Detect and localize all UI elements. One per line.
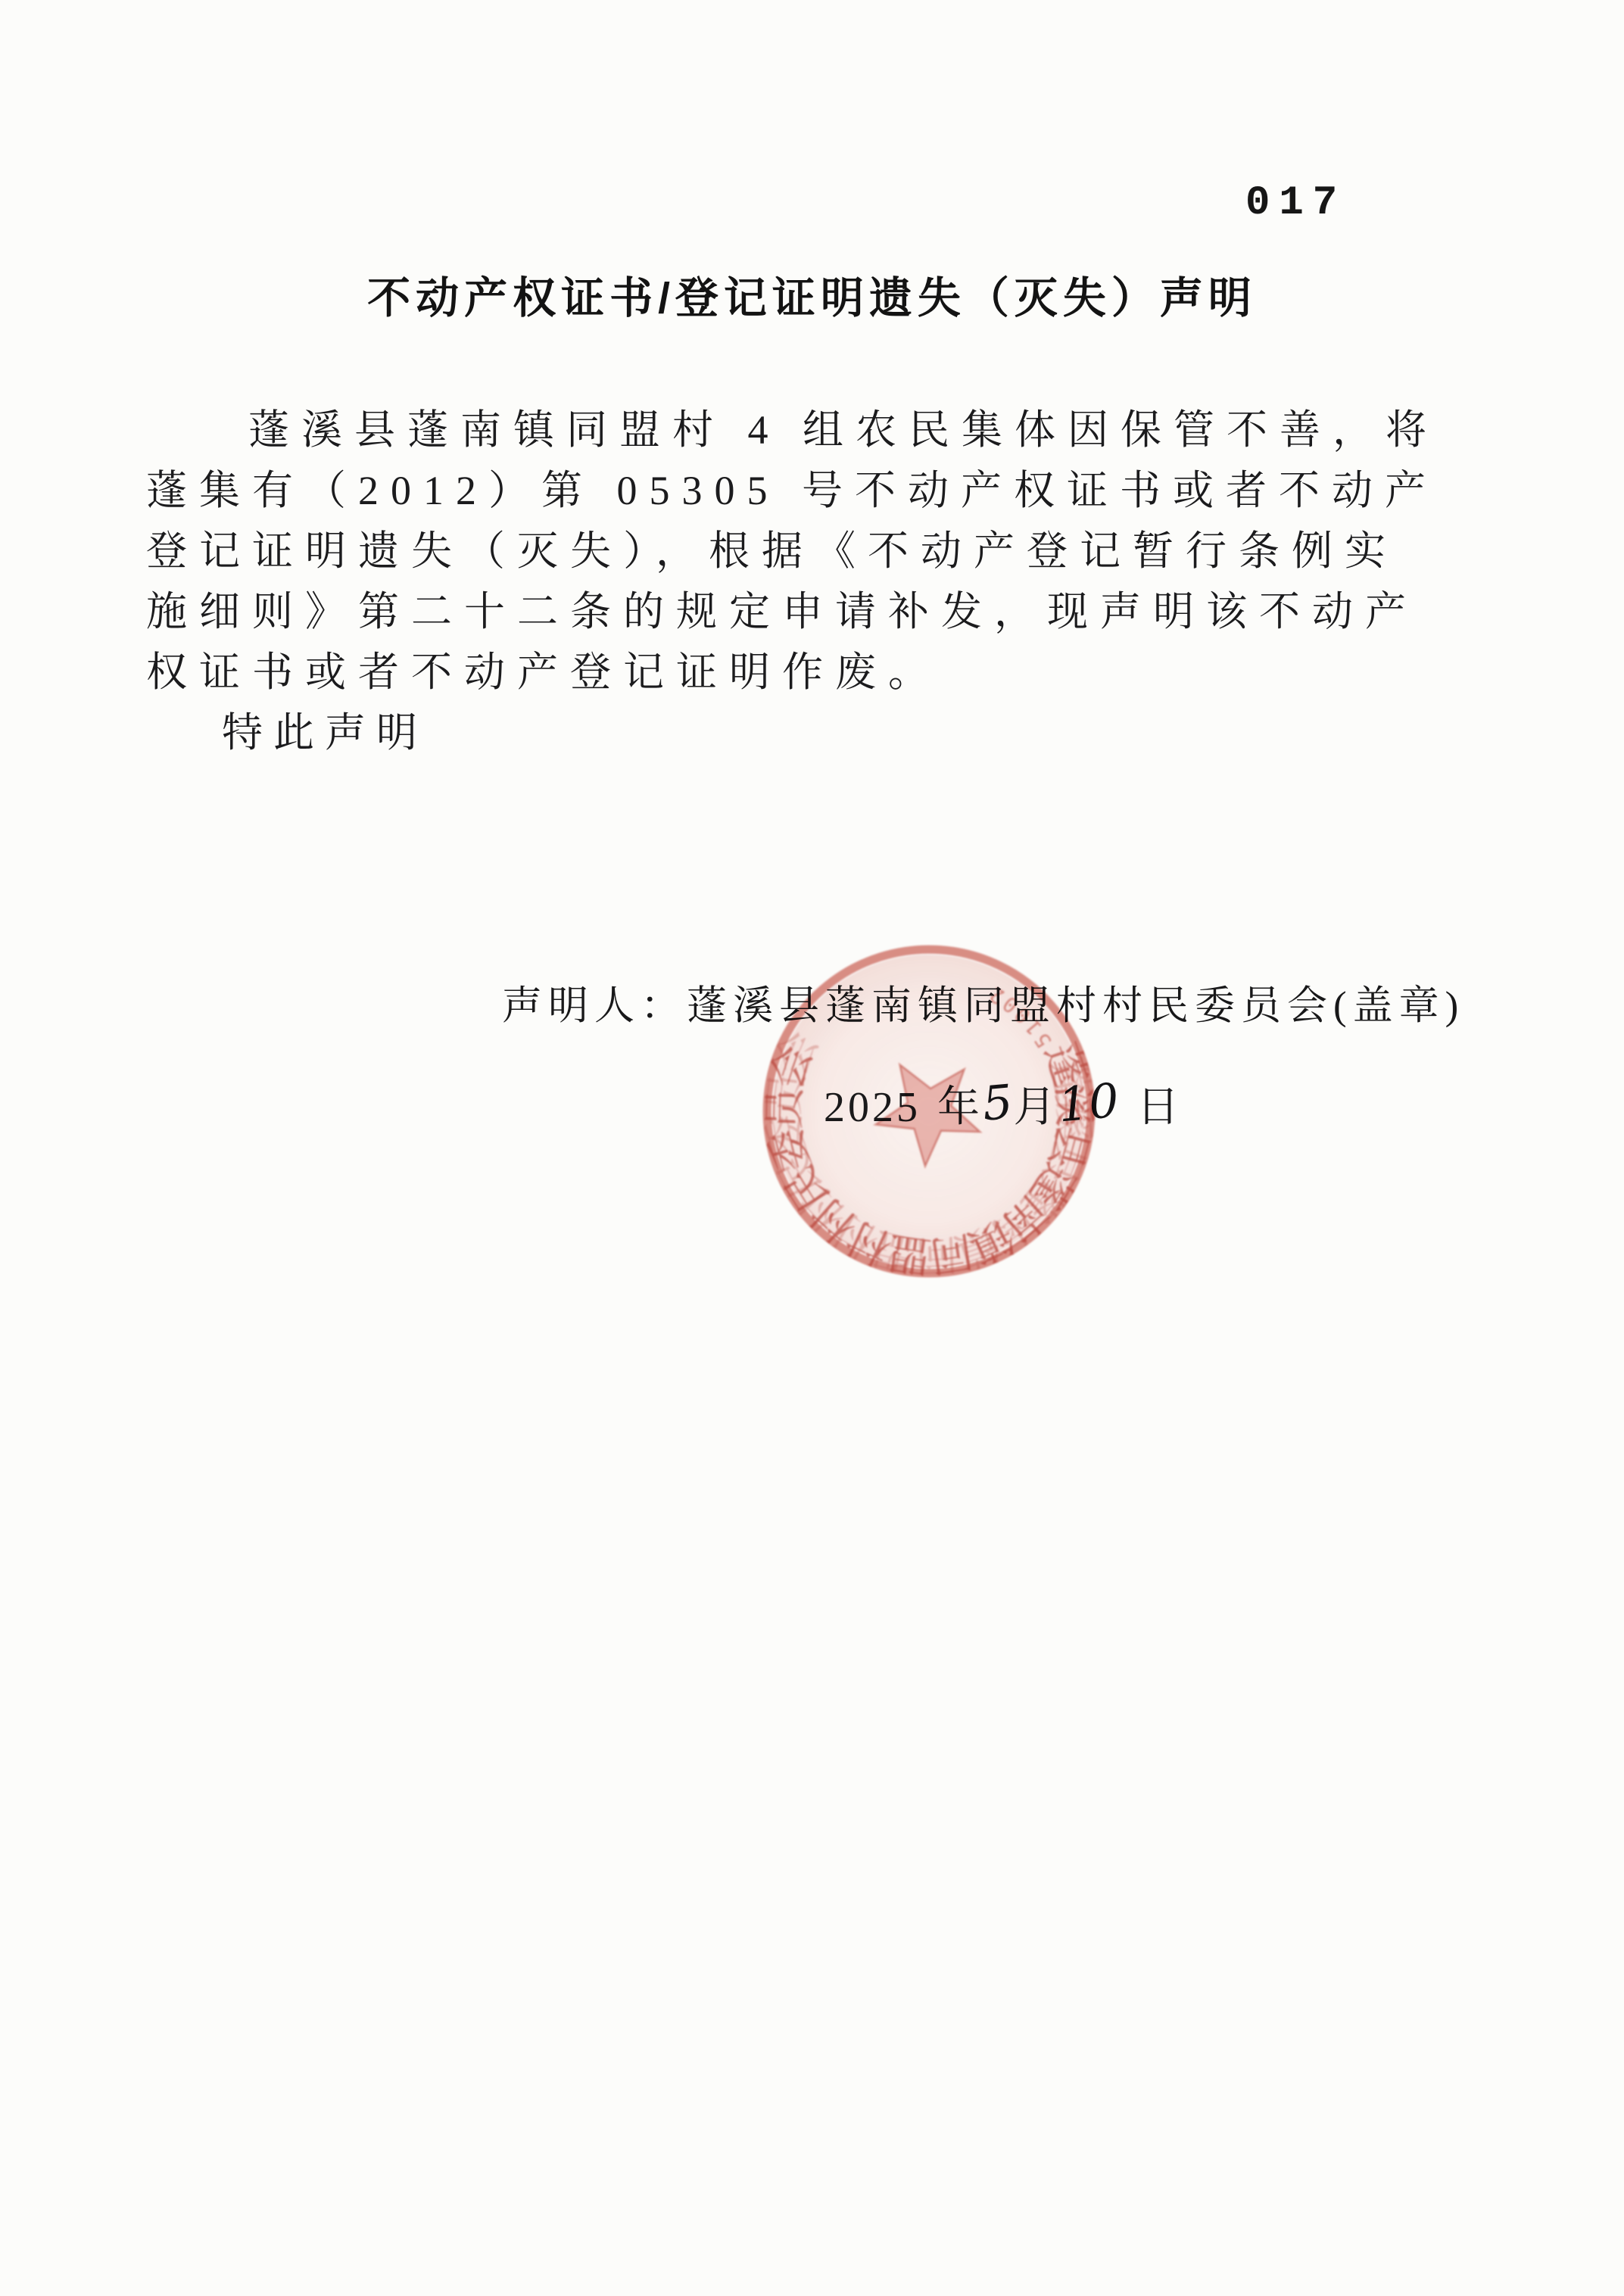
- date-year-unit: 年: [937, 1084, 983, 1131]
- body-line: 登记证明遗失（灭失），根据《不动产登记暂行条例实: [146, 521, 1488, 581]
- body-line: 施细则》第二十二条的规定申请补发，现声明该不动产: [146, 581, 1488, 642]
- svg-text:蓬溪县蓬南镇同盟村村民委员会: 蓬溪县蓬南镇同盟村村民委员会: [753, 999, 1105, 1287]
- declarant-line: 声明人：蓬溪县蓬南镇同盟村村民委员会(盖章): [502, 974, 1464, 1031]
- date-day-handwritten: 10: [1056, 1073, 1122, 1133]
- date-day-unit: 日: [1136, 1084, 1182, 1131]
- body-line-closing: 特此声明: [146, 703, 1488, 763]
- body-line: 蓬溪县蓬南镇同盟村 4 组农民集体因保管不善，将: [146, 400, 1488, 460]
- date-month-unit: 月: [1013, 1084, 1058, 1131]
- document-page: 017 不动产权证书/登记证明遗失（灭失）声明 蓬溪县蓬南镇同盟村 4 组农民集…: [0, 0, 1624, 2296]
- svg-text:蓬溪县蓬南镇同盟村村民委员会: 蓬溪县蓬南镇同盟村村民委员会: [753, 1015, 1103, 1287]
- body-line: 蓬集有（2012）第 05305 号不动产权证书或者不动产: [146, 460, 1488, 521]
- declarant-label: 声明人：: [502, 984, 687, 1028]
- date-year: 2025: [824, 1084, 921, 1131]
- seal-ring-text-ghost: 蓬溪县蓬南镇同盟村村民委员会: [753, 999, 1105, 1287]
- document-title: 不动产权证书/登记证明遗失（灭失）声明: [0, 263, 1624, 326]
- seal-ring-text: 蓬溪县蓬南镇同盟村村民委员会: [753, 1015, 1103, 1287]
- date-month-handwritten: 5: [980, 1073, 1016, 1131]
- body-line: 权证书或者不动产登记证明作废。: [146, 642, 1488, 703]
- date-line: 2025年5月10日: [824, 1073, 1182, 1134]
- declarant-name: 蓬溪县蓬南镇同盟村村民委员会(盖章): [687, 984, 1464, 1028]
- declaration-body: 蓬溪县蓬南镇同盟村 4 组农民集体因保管不善，将 蓬集有（2012）第 0530…: [146, 400, 1488, 763]
- page-number: 017: [1245, 180, 1346, 226]
